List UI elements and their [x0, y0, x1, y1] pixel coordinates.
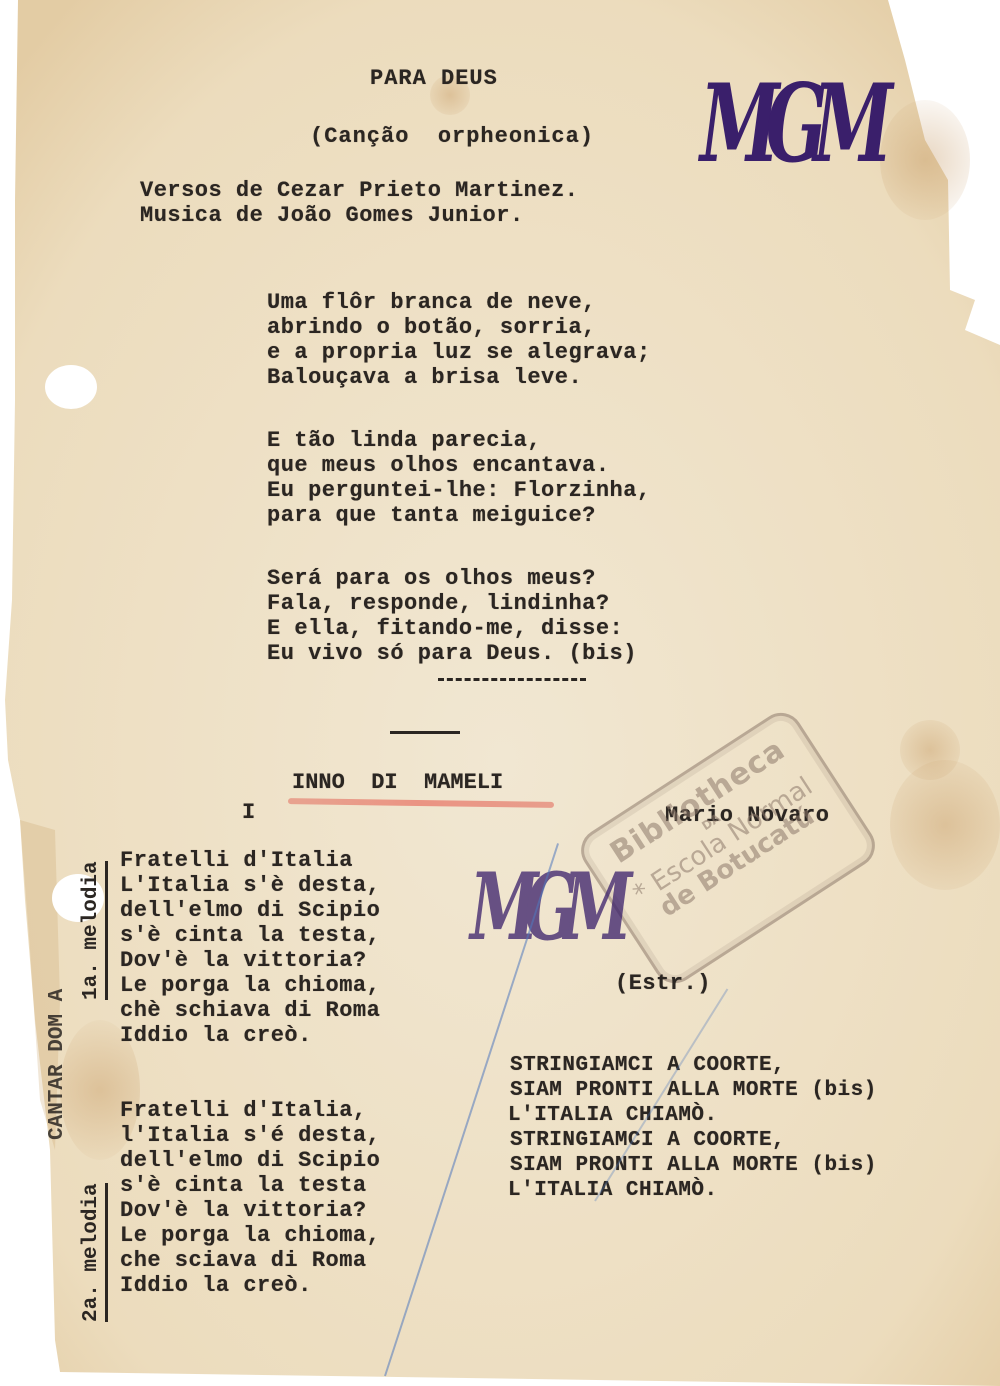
verse-line: dell'elmo di Scipio — [120, 898, 380, 923]
refrain-line: STRINGIAMCI A COORTE, — [510, 1053, 785, 1079]
verse-line: chè schiava di Roma — [120, 998, 380, 1023]
verse-line: s'è cinta la testa, — [120, 923, 380, 948]
credits-music: Musica de João Gomes Junior. — [140, 203, 524, 228]
verse-line: Balouçava a brisa leve. — [267, 365, 582, 390]
verse-line: E tão linda parecia, — [267, 428, 541, 453]
verse-line: Le porga la chioma, — [120, 973, 380, 998]
dashed-underline — [438, 678, 586, 681]
song-title: PARA DEUS — [370, 66, 498, 91]
verse-line: l'Italia s'é desta, — [120, 1123, 380, 1148]
margin-note-cantar: CANTAR DOM A — [46, 989, 69, 1140]
section-marker: I — [242, 800, 256, 825]
refrain-line: SIAM PRONTI ALLA MORTE (bis) — [510, 1078, 877, 1104]
margin-note-second-melody: 2a. melodia — [80, 1183, 108, 1322]
monogram-stamp-icon: MGM — [470, 852, 618, 962]
monogram-stamp-icon: MGM — [700, 59, 879, 187]
verse-line: Eu vivo só para Deus. (bis) — [267, 641, 637, 666]
verse-line: s'è cinta la testa — [120, 1173, 367, 1198]
refrain-line: SIAM PRONTI ALLA MORTE (bis) — [510, 1153, 877, 1179]
section-divider — [390, 731, 460, 734]
punch-hole — [45, 365, 97, 409]
verse-line: Eu perguntei-lhe: Florzinha, — [267, 478, 651, 503]
margin-note-first-melody: 1a. melodia — [80, 861, 108, 1000]
verse-line: Dov'è la vittoria? — [120, 948, 367, 973]
verse-line: E ella, fitando-me, disse: — [267, 616, 623, 641]
verse-line: para que tanta meiguice? — [267, 503, 596, 528]
verse-line: que meus olhos encantava. — [267, 453, 610, 478]
verse-line: Fala, responde, lindinha? — [267, 591, 610, 616]
refrain-line: L'ITALIA CHIAMÒ. — [508, 1178, 718, 1204]
refrain-line: STRINGIAMCI A COORTE, — [510, 1128, 785, 1154]
verse-line: Iddio la creò. — [120, 1273, 312, 1298]
verse-line: Le porga la chioma, — [120, 1223, 380, 1248]
stain — [880, 100, 970, 220]
song-subtitle: (Canção orpheonica) — [310, 124, 594, 149]
verse-line: Fratelli d'Italia — [120, 848, 353, 873]
verse-line: che sciava di Roma — [120, 1248, 367, 1273]
verse-line: L'Italia s'è desta, — [120, 873, 380, 898]
verse-line: Iddio la creò. — [120, 1023, 312, 1048]
refrain-label: (Estr.) — [615, 971, 711, 996]
verse-line: Dov'è la vittoria? — [120, 1198, 367, 1223]
verse-line: abrindo o botão, sorria, — [267, 315, 596, 340]
verse-line: Será para os olhos meus? — [267, 566, 596, 591]
stain — [890, 760, 1000, 890]
verse-line: dell'elmo di Scipio — [120, 1148, 380, 1173]
credits-lyrics: Versos de Cezar Prieto Martinez. — [140, 178, 578, 203]
refrain-line: L'ITALIA CHIAMÒ. — [508, 1103, 718, 1129]
verse-line: Fratelli d'Italia, — [120, 1098, 367, 1123]
verse-line: e a propria luz se alegrava; — [267, 340, 651, 365]
verse-line: Uma flôr branca de neve, — [267, 290, 596, 315]
song-title: INNO DI MAMELI — [292, 770, 503, 795]
